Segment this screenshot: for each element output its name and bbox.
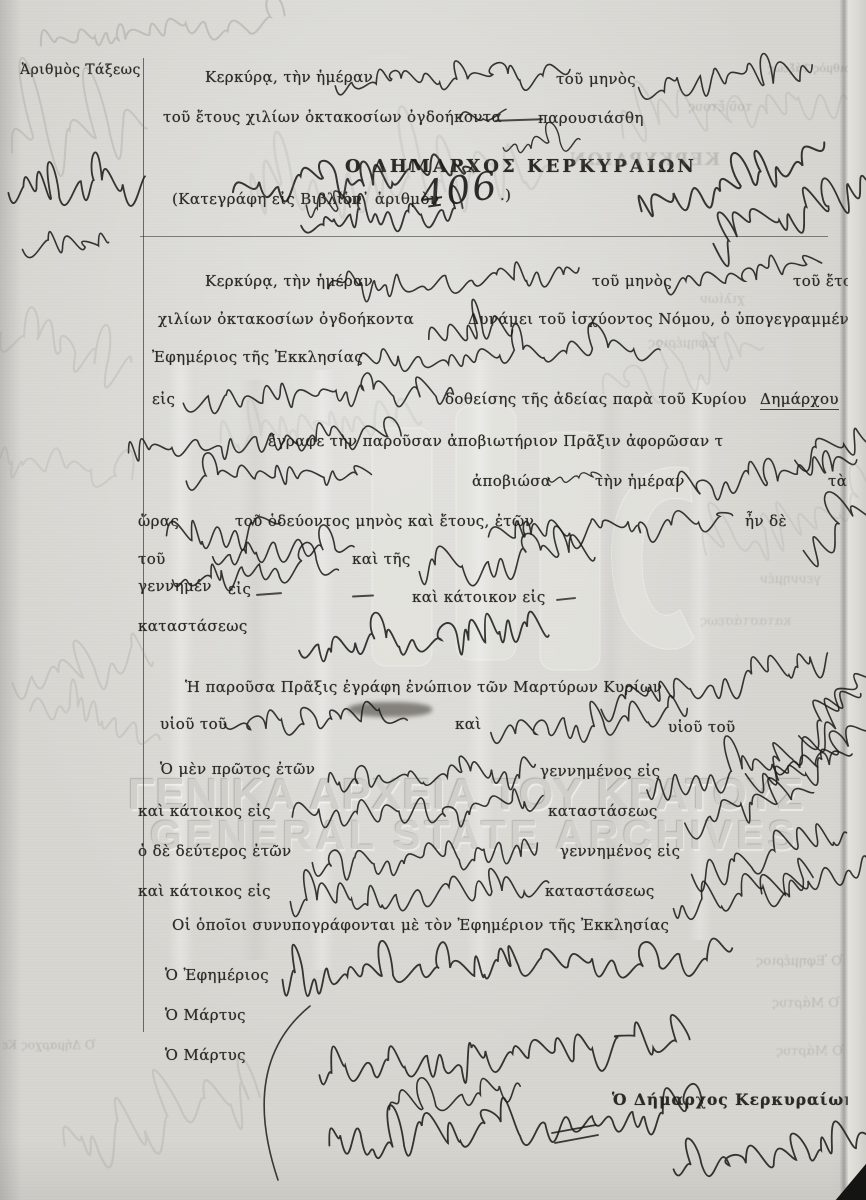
handwriting-mayor-signature [668,1101,866,1200]
act-in-label: εἰς [152,390,175,408]
ghost-scribble [48,1032,263,1197]
act-of-father-label: τοῦ [138,550,166,568]
witness-and-label: καὶ [455,715,482,733]
witness2-born-label: γεννημένος εἰς [560,842,680,860]
witness1-resident-label: καὶ κάτοικος εἰς [138,802,271,820]
witness2-resident-label: καὶ κάτοικος εἰς [138,882,271,900]
act-priest-label: Ἐφημέριος τῆς Ἐκκλησίας [152,348,363,366]
handwriting-equals-flourish [552,1124,602,1146]
ghost-scribble [38,0,257,67]
witness2-age-label: ὁ δὲ δεύτερος ἐτῶν [138,842,292,860]
handwriting-witness1-father [223,689,407,744]
witness2-status-label: καταστάσεως [545,882,655,900]
witness1-son-of-label: υἱοῦ τοῦ [160,715,228,733]
bleedthrough-text: Ὁ Δήμαρχος Κε [2,1038,95,1052]
witness1-status-label: καταστάσεως [548,802,658,820]
ghost-scribble [0,420,125,510]
act-died-label: ἀποβιώσα [472,472,551,490]
act-and-mother-label: καὶ τῆς [352,550,411,568]
bleedthrough-text: Ὁ Μάρτυς [772,996,839,1011]
bleedthrough-text: καταστάσεως [700,614,791,629]
handwriting-witness-brace [248,1002,318,1187]
act-on-day-label: τὴν ἡμέραν [595,472,685,490]
ghost-scribble [217,382,403,477]
handwriting-act-month [662,243,796,304]
ghost-scribble [0,285,139,406]
witness1-age-label: Ὁ μὲν πρῶτος ἐτῶν [160,760,315,778]
witness1-signature-label: Ὁ Μάρτυς [165,1006,246,1024]
handwriting-margin-note2 [20,216,104,270]
act-month-label: τοῦ μηνὸς [592,272,672,290]
ghost-scribble [0,60,150,211]
handwriting-act-small-word [547,461,590,489]
bleedthrough-text: Ὁ Ἐφημέριος [756,954,842,969]
act-status-label: καταστάσεως [138,617,248,635]
ghost-scribble [26,673,145,758]
act-law-clause: Δυνάμει τοῦ ἰσχύοντος Νόμου, ὁ ὑπογεγραμ… [468,310,866,328]
scanned-death-record-page: ΓΕΝΙΚΑ ΑΡΧΕΙΑ ΤΟΥ ΚΡΑΤΟΥΣ GENERAL STATE … [0,0,866,1200]
bleedthrough-text: Ὁ Μάρτυς [776,1044,843,1059]
act-year-label: χιλίων ὀκτακοσίων ὀγδοήκοντα [158,310,414,328]
priest-signature-label: Ὁ Ἐφημέριος [165,966,269,984]
